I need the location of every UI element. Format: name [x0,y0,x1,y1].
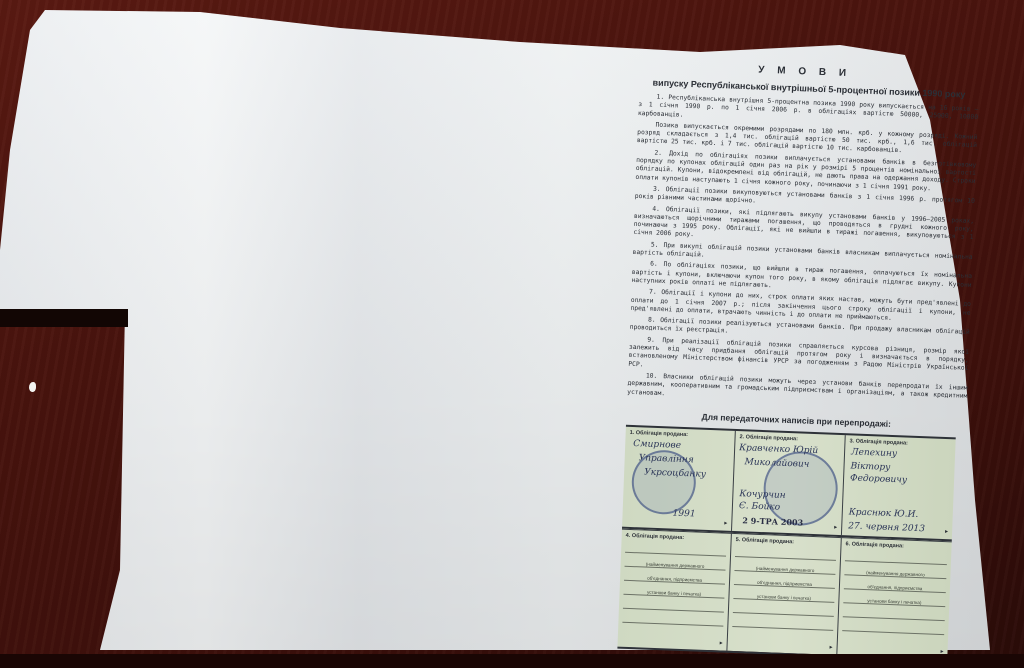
cell-label: 2. Облігація продана: [739,434,840,444]
arrow-marker: ▸ [720,639,723,646]
handwritten-line: Віктору [850,461,890,473]
handwritten-date: 27. червня 2013 [848,521,925,534]
handwritten-line: Федоровичу [850,473,907,485]
arrow-marker: ▸ [724,519,727,526]
handwritten-name: Смирнове [633,439,681,451]
date-stamp: 2 9-ТРА 2003 [742,515,803,527]
handwritten-line: Кочурчин [739,489,786,501]
blank-line [842,617,944,635]
transfer-cell-3: 3. Облігація продана: Лепехину Віктору Ф… [842,435,956,539]
transfer-grid: 1. Облігація продана: Смирнове Управлінн… [622,425,956,542]
arrow-marker: ▸ [834,524,837,531]
handwritten-line: Є. Бойко [739,501,781,513]
blank-line [732,613,833,631]
handwritten-line: Краснюк Ю.И. [849,507,919,520]
handwritten-date: 1991 [672,508,695,519]
paper-speck [29,382,36,392]
blank-line [622,609,723,627]
transfer-cell-4: 4. Облігація продана: (найменування держ… [617,528,731,650]
arrow-marker: ▸ [945,528,948,535]
handwritten-line: Миколайович [744,457,809,469]
transfer-cell-2: 2. Облігація продана: Кравченко Юрій Мик… [732,431,846,535]
transfer-grid-row-2: 4. Облігація продана: (найменування держ… [617,528,951,661]
transfer-cell-1: 1. Облігація продана: Смирнове Управлінн… [622,427,736,531]
notch-shadow [0,309,128,327]
cell-label: 1. Облігація продана: [630,430,731,440]
arrow-marker: ▸ [829,644,832,651]
transfer-cell-5: 5. Облігація продана: (найменування держ… [727,533,841,655]
bond-conditions-text: У М О В И випуску Республіканської внутр… [617,60,980,668]
cell-label: 3. Облігація продана: [849,438,951,448]
handwritten-line: Управління [639,453,694,465]
handwritten-name: Лепехину [851,447,897,459]
handwritten-name: Кравченко Юрій [739,443,818,456]
transfer-cell-6: 6. Облігація продана: (найменування держ… [837,537,951,659]
bottom-shadow [0,654,1024,668]
